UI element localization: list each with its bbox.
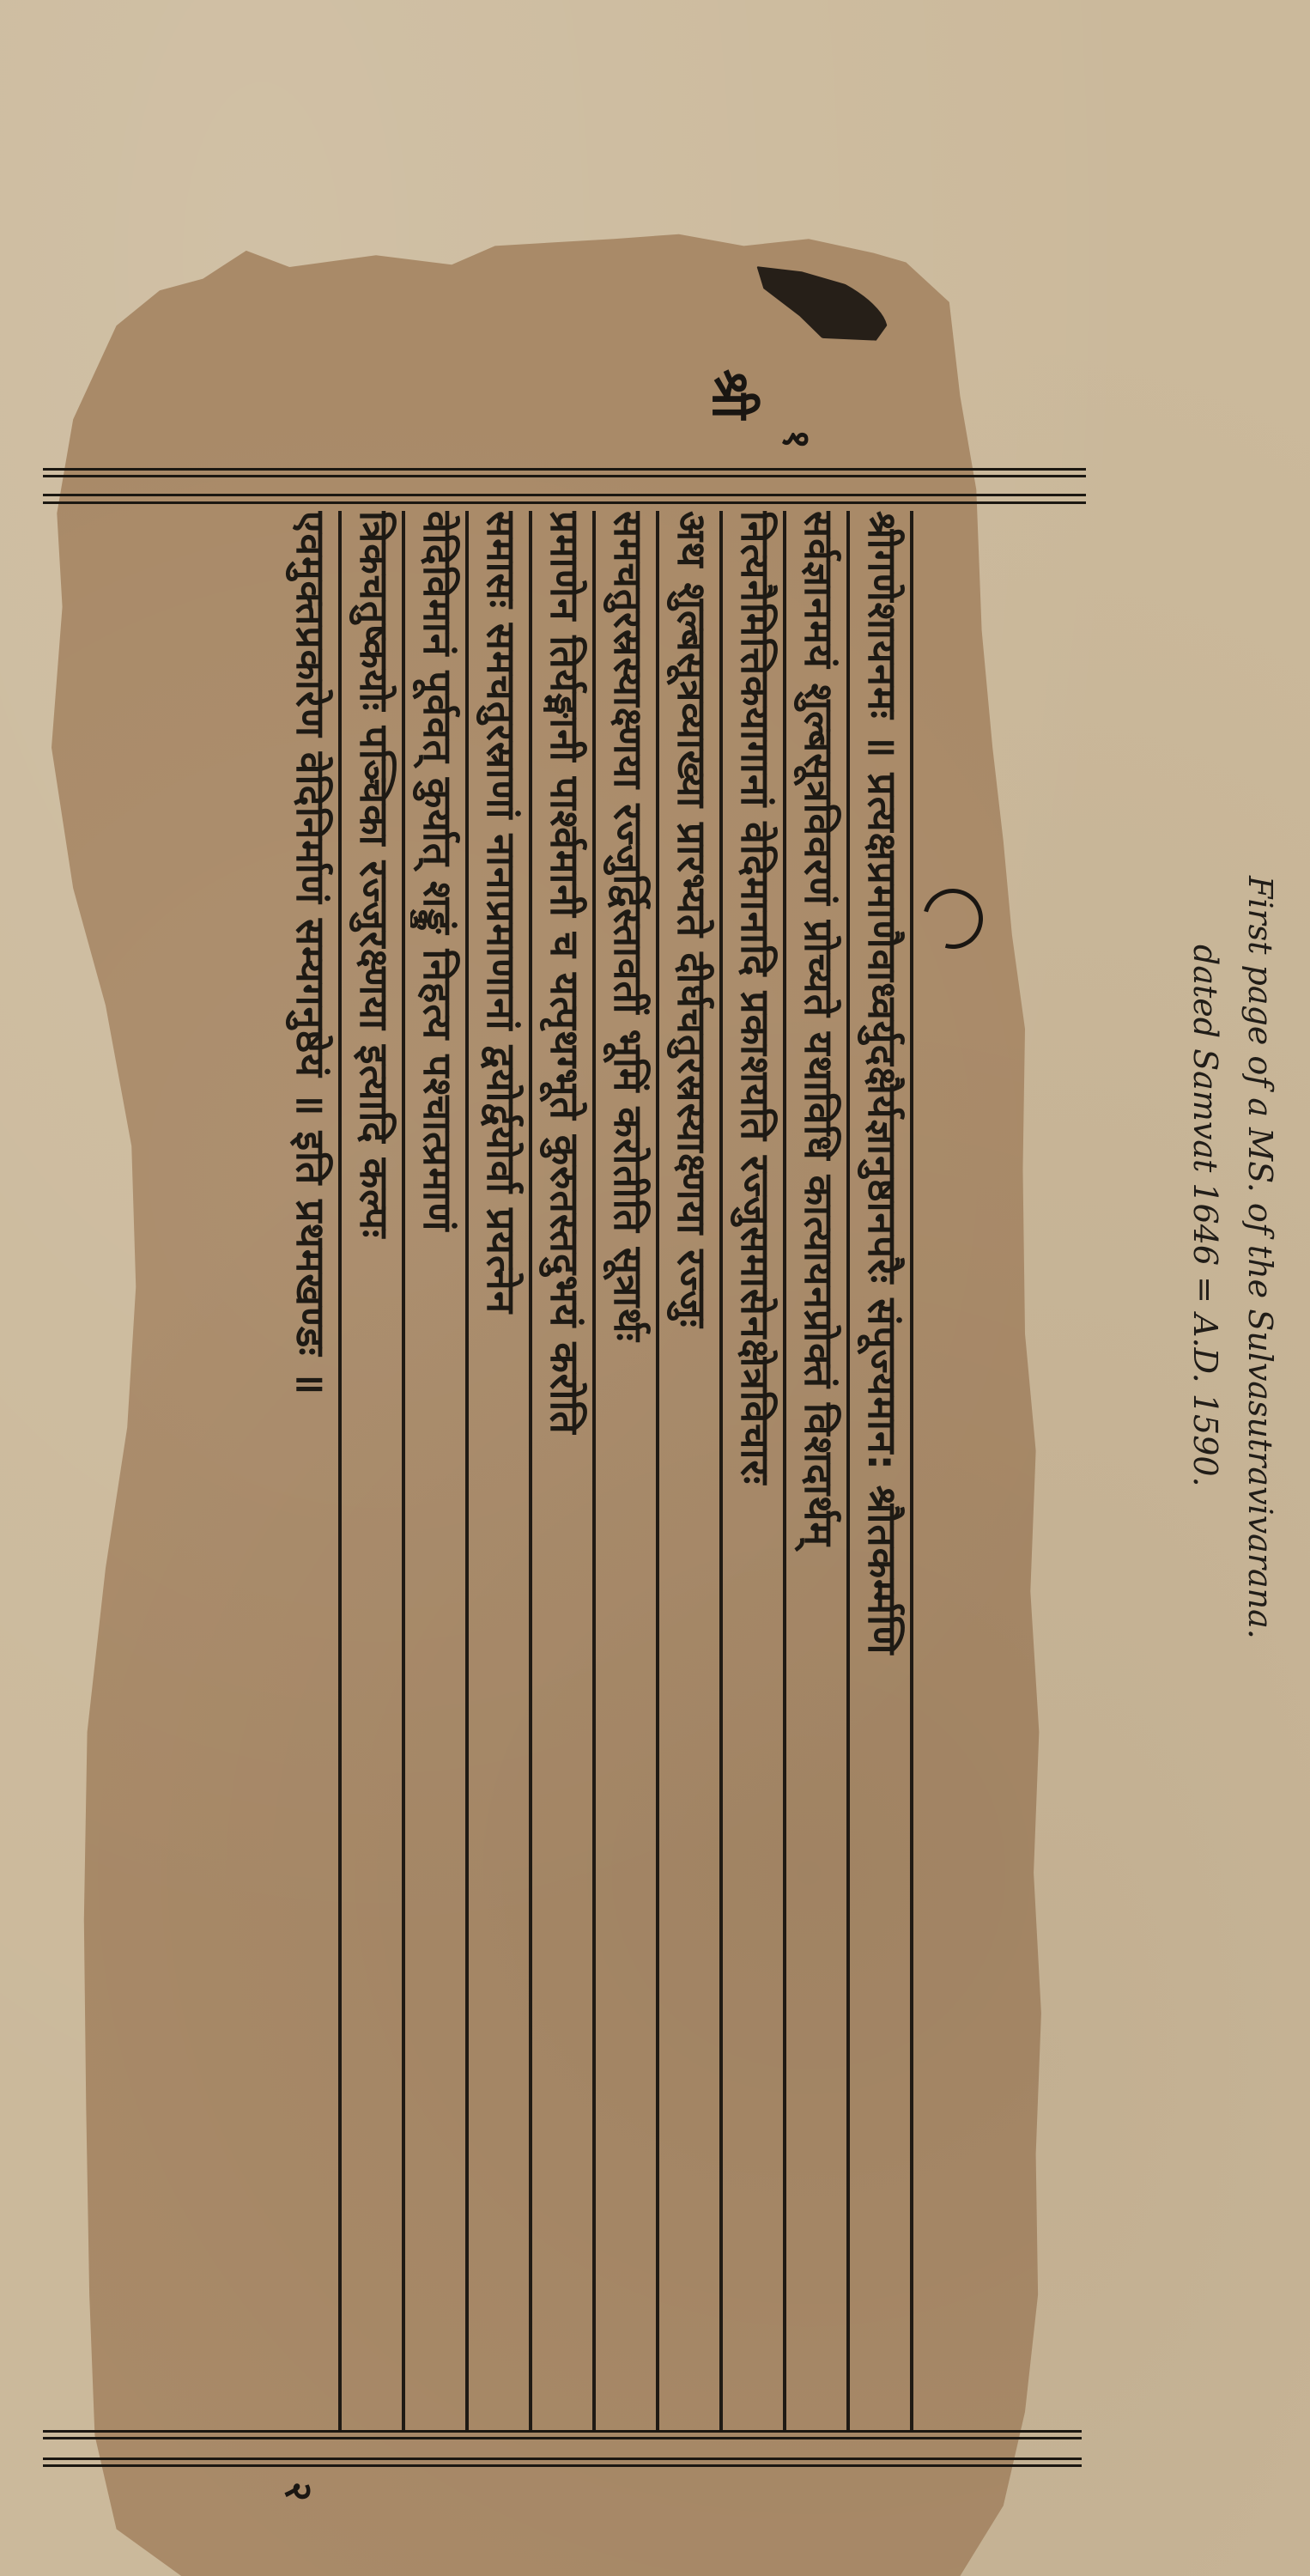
manuscript-text-block: श्रीगणेशायनमः ॥ प्रत्यक्षप्रमाणैवाध्वर्य…: [258, 511, 910, 2430]
folio-label: श्री: [698, 369, 768, 419]
border-rule: [43, 2430, 1082, 2433]
handwritten-caption: First page of a MS. of the Sulvasutraviv…: [1178, 876, 1288, 1639]
manuscript-line: नित्यनैमित्तिकयागानां वेदिमानादि प्रकाशय…: [728, 511, 786, 2430]
border-rule: [43, 2458, 1082, 2460]
manuscript-line: एवमुक्तप्रकारेण वेदिनिर्माणं सम्यगनुष्ठे…: [283, 511, 342, 2430]
manuscript-line: समचतुरस्रस्याक्ष्णया रज्जुर्द्विस्तावतीं…: [601, 511, 659, 2430]
border-rule: [43, 501, 1086, 504]
border-rule: [43, 2437, 1082, 2439]
border-rule: [43, 494, 1086, 496]
manuscript-line: त्रिकचतुष्कयोः पञ्चिका रज्जुरक्ष्णया इत्…: [347, 511, 405, 2430]
manuscript-line: वेदिविमानं पूर्ववत् कुर्यात् शङ्कुं निहत…: [410, 511, 469, 2430]
border-rule: [43, 468, 1086, 471]
manuscript-line: समासः समचतुरस्राणां नानाप्रमाणानां द्वयो…: [474, 511, 532, 2430]
manuscript-line: प्रमाणेन तिर्यङ्मानी पार्श्वमानी च यत्पृ…: [537, 511, 596, 2430]
manuscript-line: अथ शुल्बसूत्रव्याख्या प्रारभ्यते दीर्घचत…: [664, 511, 723, 2430]
end-page-number: २: [275, 2482, 326, 2501]
border-rule: [43, 2464, 1082, 2467]
caption-line-2: dated Samvat 1646 = A.D. 1590.: [1178, 876, 1233, 1639]
manuscript-line: श्रीगणेशायनमः ॥ प्रत्यक्षप्रमाणैवाध्वर्य…: [855, 511, 913, 2430]
manuscript-line: सर्वज्ञानमयं शुल्बसूत्रविवरणं प्रोच्यते …: [791, 511, 850, 2430]
mount-paper: श्री १ श्रीगणेशायनमः ॥ प्रत्यक्षप्रमाणैव…: [0, 0, 1310, 2576]
border-rule: [43, 475, 1086, 477]
caption-line-1: First page of a MS. of the Sulvasutraviv…: [1233, 876, 1288, 1639]
folio-number: १: [773, 429, 824, 449]
